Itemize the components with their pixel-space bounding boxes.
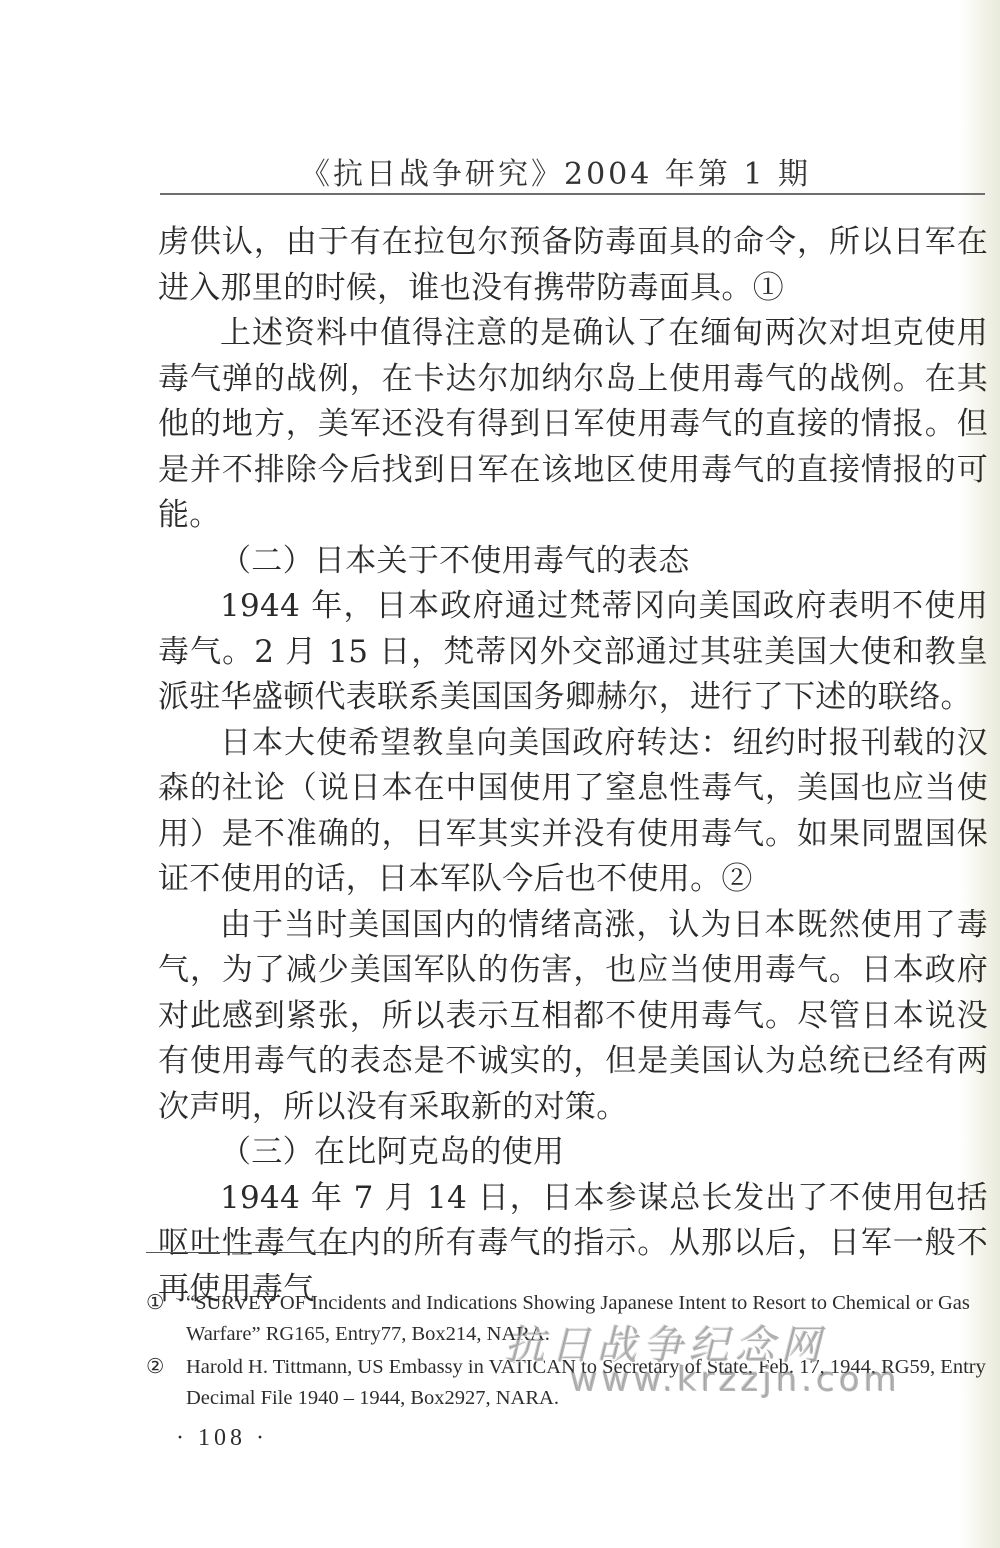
paragraph: 1944 年，日本政府通过梵蒂冈向美国政府表明不使用毒气。2 月 15 日，梵蒂…	[158, 584, 988, 721]
paragraph-continuation: 虏供认，由于有在拉包尔预备防毒面具的命令，所以日军在进入那里的时候，谁也没有携带…	[158, 220, 988, 311]
footnote-marker: ②	[146, 1352, 164, 1383]
running-head: 《抗日战争研究》2004 年第 1 期	[300, 155, 800, 195]
paragraph: 由于当时美国国内的情绪高涨，认为日本既然使用了毒气，为了减少美国军队的伤害，也应…	[158, 903, 988, 1131]
footnote-text: Harold H. Tittmann, US Embassy in VATICA…	[186, 1356, 986, 1409]
section-heading-2: （二）日本关于不使用毒气的表态	[158, 539, 988, 585]
header-rule	[160, 193, 985, 195]
paragraph: 上述资料中值得注意的是确认了在缅甸两次对坦克使用毒气弹的战例，在卡达尔加纳尔岛上…	[158, 311, 988, 539]
paragraph: 日本大使希望教皇向美国政府转达：纽约时报刊载的汉森的社论（说日本在中国使用了窒息…	[158, 721, 988, 903]
footnote-1: ① “SURVEY OF Incidents and Indications S…	[146, 1288, 996, 1350]
footnote-rule	[146, 1252, 354, 1253]
body-text: 虏供认，由于有在拉包尔预备防毒面具的命令，所以日军在进入那里的时候，谁也没有携带…	[158, 220, 988, 1312]
footnote-marker: ①	[146, 1288, 164, 1319]
page-number: · 108 ·	[176, 1425, 268, 1452]
footnotes: ① “SURVEY OF Incidents and Indications S…	[146, 1288, 996, 1416]
footnote-2: ② Harold H. Tittmann, US Embassy in VATI…	[146, 1352, 996, 1414]
section-heading-3: （三）在比阿克岛的使用	[158, 1130, 988, 1176]
footnote-text: “SURVEY OF Incidents and Indications Sho…	[186, 1292, 970, 1345]
